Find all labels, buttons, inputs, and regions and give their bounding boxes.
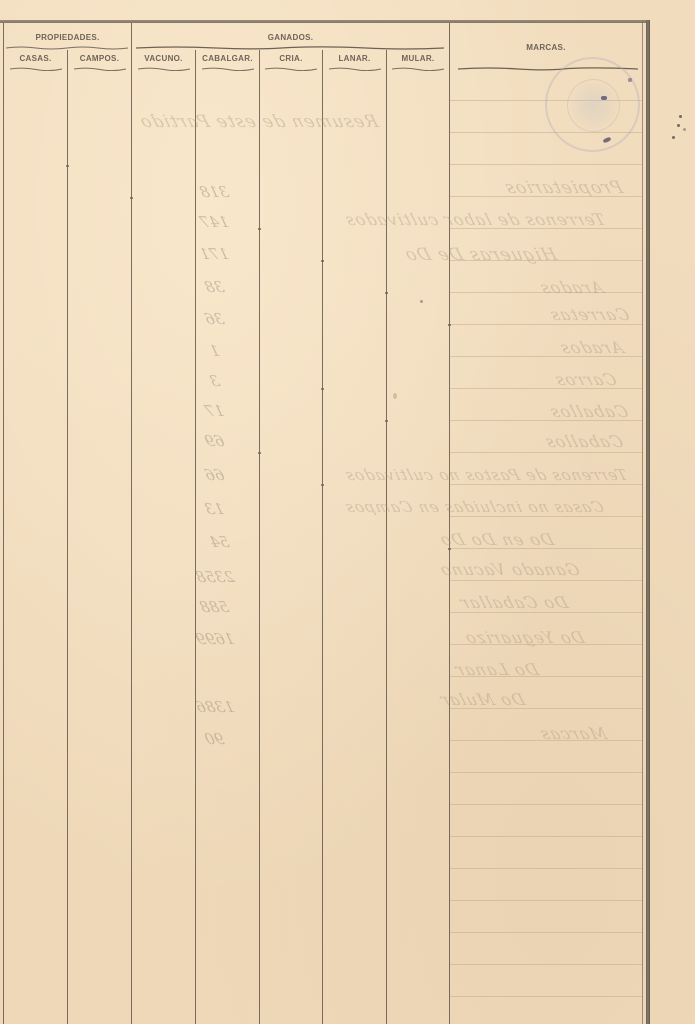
tick-mark: [448, 324, 451, 326]
column-divider-casas-campos: [67, 50, 68, 1024]
bleed-number: 17: [203, 402, 227, 420]
bleed-text-line: Resumen de este Partido: [137, 112, 381, 132]
header-cabalgar-rule: [202, 67, 254, 71]
bleed-text-line: Marcas: [537, 724, 609, 743]
tick-mark: [321, 260, 324, 262]
bleed-text-line: Caballos: [542, 432, 626, 451]
ink-spot: [628, 78, 632, 82]
seal-stamp: [545, 57, 640, 152]
ruled-line: [450, 324, 642, 325]
ledger-page: PROPIEDADES. GANADOS. MARCAS. CASAS. CAM…: [0, 0, 695, 1024]
bleed-number: 1: [208, 342, 222, 360]
tick-mark: [130, 197, 133, 199]
bleed-number: 69: [203, 432, 227, 450]
ruled-line: [450, 996, 642, 997]
column-divider-propiedades-ganados: [131, 23, 132, 1024]
header-ganados: GANADOS.: [132, 33, 449, 42]
header-marcas: MARCAS.: [450, 43, 642, 52]
column-divider-cria-lanar: [322, 50, 323, 1024]
ruled-line: [450, 484, 642, 485]
speck: [420, 300, 423, 303]
bleed-number: 588: [198, 598, 231, 616]
bleed-number: 318: [198, 183, 231, 201]
bleed-number: 171: [198, 245, 231, 263]
header-lanar-rule: [329, 67, 381, 71]
bleed-text-line: Do Yeguarizo: [462, 628, 587, 647]
header-lanar: LANAR.: [323, 54, 386, 63]
header-campos-rule: [74, 67, 126, 71]
ruled-line: [450, 804, 642, 805]
speck: [683, 128, 686, 131]
ruled-line: [450, 516, 642, 517]
bleed-text-line: Do Mular: [437, 690, 528, 709]
column-divider-cabalgar-cria: [259, 50, 260, 1024]
bleed-text-line: Terrenos de labor cultivados: [342, 210, 608, 229]
speck: [393, 393, 397, 399]
bleed-number: 38: [203, 278, 227, 296]
header-casas-rule: [10, 67, 62, 71]
header-campos: CAMPOS.: [68, 54, 131, 63]
column-divider-vacuno-cabalgar: [195, 50, 196, 1024]
column-divider-left-edge: [3, 23, 4, 1024]
header-vacuno: VACUNO.: [132, 54, 195, 63]
ruled-line: [450, 164, 642, 165]
bleed-text-line: Higueras De Do: [402, 245, 560, 265]
bleed-text-line: Do Lanar: [452, 660, 541, 679]
bleed-text-line: Caballos: [547, 402, 631, 421]
bleed-text-line: Arados: [557, 338, 626, 357]
tick-mark: [385, 292, 388, 294]
right-border-outer: [646, 20, 650, 1024]
ruled-line: [450, 836, 642, 837]
header-casas: CASAS.: [4, 54, 67, 63]
bleed-number: 147: [198, 213, 231, 231]
bleed-number: 1386: [194, 698, 237, 716]
header-ganados-rule: [136, 46, 444, 50]
ruled-line: [450, 580, 642, 581]
ink-spot: [601, 96, 607, 100]
bleed-text-line: Propietarios: [502, 178, 626, 198]
ruled-line: [450, 964, 642, 965]
bleed-text-line: Casas no incluidas en Campos: [342, 498, 606, 516]
ruled-line: [450, 868, 642, 869]
ruled-line: [450, 612, 642, 613]
bleed-number: 54: [208, 533, 232, 551]
bleed-number: 2358: [194, 568, 237, 586]
tick-mark: [66, 165, 69, 167]
ruled-line: [450, 932, 642, 933]
header-cabalgar: CABALGAR.: [196, 54, 259, 63]
bleed-text-line: Ganado Vacuno: [437, 560, 582, 579]
bleed-number: 36: [203, 310, 227, 328]
tick-mark: [321, 388, 324, 390]
header-mular: MULAR.: [387, 54, 449, 63]
header-propiedades: PROPIEDADES.: [4, 33, 131, 42]
ruled-line: [450, 452, 642, 453]
bleed-number: 90: [203, 730, 227, 748]
speck: [679, 115, 682, 118]
bleed-text-line: Do Caballar: [457, 593, 571, 612]
bleed-number: 13: [203, 500, 227, 518]
bleed-text-line: Terrenos de Pastos no cultivados: [342, 466, 630, 484]
header-mular-rule: [392, 67, 444, 71]
bleed-number: 1699: [194, 630, 237, 648]
tick-mark: [258, 228, 261, 230]
right-border-inner: [642, 20, 643, 1024]
bleed-text-line: Carros: [552, 370, 619, 389]
header-cria: CRIA.: [260, 54, 322, 63]
tick-mark: [385, 420, 388, 422]
seal-stamp-center: [567, 79, 620, 132]
speck: [677, 124, 680, 127]
column-divider-ganados-marcas: [449, 23, 450, 1024]
tick-mark: [321, 484, 324, 486]
speck: [672, 136, 675, 139]
bleed-number: 3: [208, 372, 222, 390]
header-vacuno-rule: [138, 67, 190, 71]
tick-mark: [258, 452, 261, 454]
bleed-text-line: Do en Do Do: [437, 530, 557, 549]
top-border: [0, 20, 646, 23]
header-propiedades-rule: [6, 46, 128, 50]
ruled-line: [450, 900, 642, 901]
column-divider-lanar-mular: [386, 50, 387, 1024]
ruled-line: [450, 772, 642, 773]
bleed-number: 66: [203, 466, 227, 484]
header-cria-rule: [265, 67, 317, 71]
bleed-text-line: Carretas: [547, 305, 632, 324]
bleed-text-line: Arados: [537, 278, 606, 297]
